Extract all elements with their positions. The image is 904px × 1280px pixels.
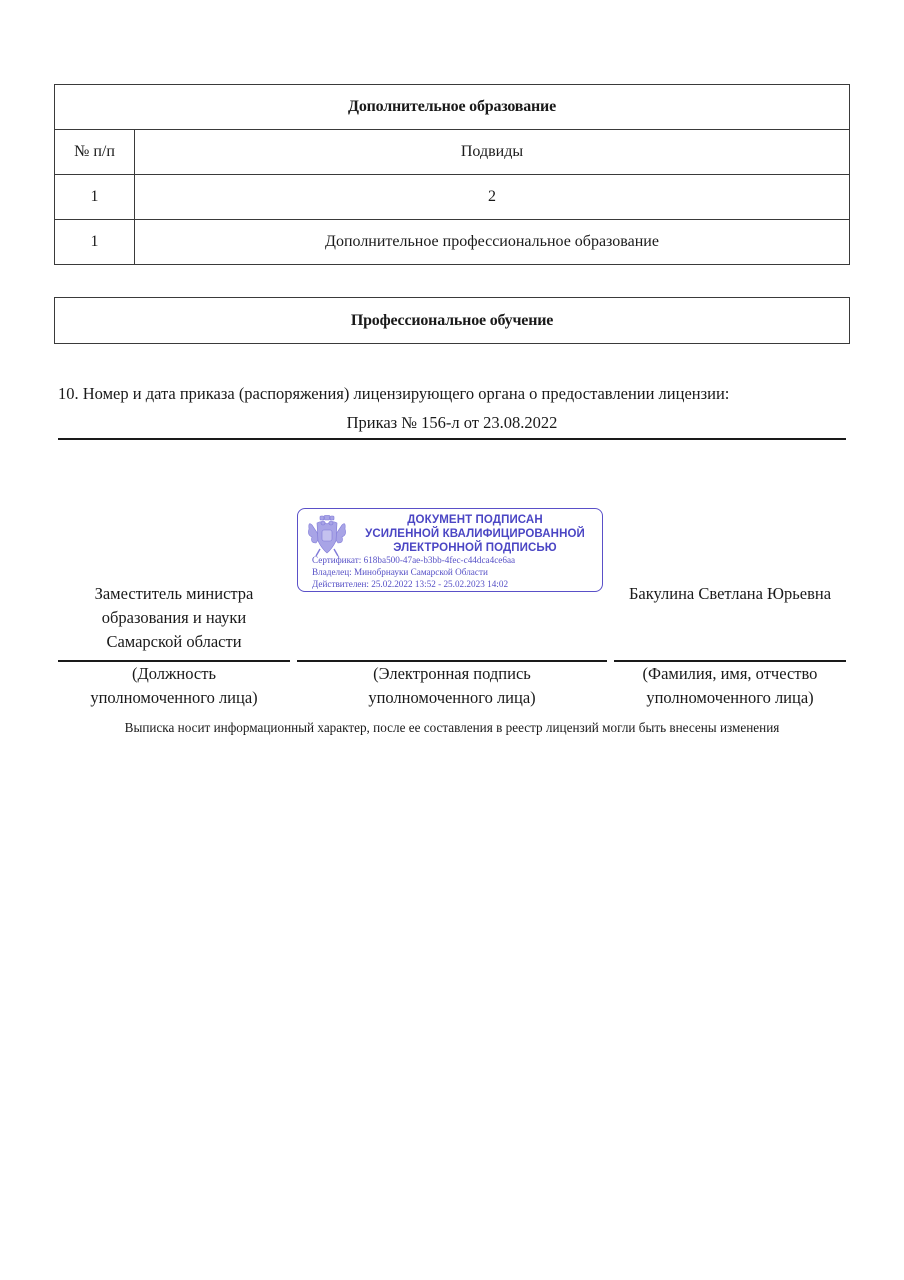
table-header-row: № п/п Подвиды [55,130,850,175]
signatory-position: Заместитель министра образования и науки… [58,582,290,654]
table-title-row: Профессиональное обучение [55,298,850,344]
coat-of-arms-icon [306,515,348,559]
stamp-heading-line-1: ДОКУМЕНТ ПОДПИСАН [350,513,600,527]
electronic-signature-stamp: ДОКУМЕНТ ПОДПИСАН УСИЛЕННОЙ КВАЛИФИЦИРОВ… [297,508,603,592]
signatory-name: Бакулина Светлана Юрьевна [614,582,846,606]
table-column-numbers-row: 1 2 [55,175,850,220]
caption-line: уполномоченного лица) [58,686,290,710]
column-number-2: 2 [135,175,850,220]
table-title-row: Дополнительное образование [55,85,850,130]
position-line: образования и науки [58,606,290,630]
column-header-subtypes: Подвиды [135,130,850,175]
caption-line: уполномоченного лица) [614,686,846,710]
table-title: Дополнительное образование [55,85,850,130]
caption-line: уполномоченного лица) [297,686,607,710]
position-caption: (Должность уполномоченного лица) [58,662,290,710]
table-row: 1 Дополнительное профессиональное образо… [55,220,850,265]
position-line: Заместитель министра [58,582,290,606]
position-line: Самарской области [58,630,290,654]
signature-caption: (Электронная подпись уполномоченного лиц… [297,662,607,710]
name-caption: (Фамилия, имя, отчество уполномоченного … [614,662,846,710]
order-number-value: Приказ № 156-л от 23.08.2022 [58,413,846,440]
caption-line: (Электронная подпись [297,662,607,686]
section-10-label: 10. Номер и дата приказа (распоряжения) … [58,384,729,404]
row-number: 1 [55,220,135,265]
professional-training-table: Профессиональное обучение [54,297,850,344]
stamp-owner: Владелец: Минобрнауки Самарской Области [312,567,488,578]
disclaimer-footnote: Выписка носит информационный характер, п… [54,720,850,736]
caption-line: (Должность [58,662,290,686]
caption-line: (Фамилия, имя, отчество [614,662,846,686]
stamp-heading-line-2: УСИЛЕННОЙ КВАЛИФИЦИРОВАННОЙ [350,527,600,541]
license-extract-page: Дополнительное образование № п/п Подвиды… [0,0,904,1280]
table-title: Профессиональное обучение [55,298,850,344]
stamp-validity: Действителен: 25.02.2022 13:52 - 25.02.2… [312,579,508,590]
stamp-heading-line-3: ЭЛЕКТРОННОЙ ПОДПИСЬЮ [350,541,600,555]
additional-education-table: Дополнительное образование № п/п Подвиды… [54,84,850,265]
row-subtype: Дополнительное профессиональное образова… [135,220,850,265]
column-header-number: № п/п [55,130,135,175]
column-number-1: 1 [55,175,135,220]
stamp-certificate: Сертификат: 618ba500-47ae-b3bb-4fec-c44d… [312,555,515,566]
